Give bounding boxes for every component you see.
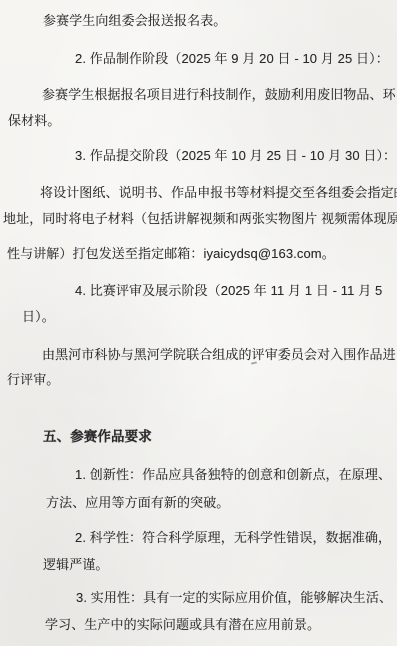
text-line-stage3-submission: 3. 作品提交阶段（2025 年 10 月 25 日 - 10 月 30 日）： [75, 147, 396, 164]
text-line-req3-practical: 3. 实用性：具有一定的实际应用价值，能够解决生活、 [76, 589, 392, 606]
text-line-req1-innovation: 1. 创新性：作品应具备独特的创意和创新点，在原理、 [75, 466, 391, 483]
text-line-req1-cont: 方法、应用等方面有新的突破。 [46, 494, 229, 511]
text-line-registration: 参赛学生向组委会报送报名表。 [43, 12, 226, 29]
text-line-req3-cont: 学习、生产中的实际问题或具有潜在应用前景。 [45, 616, 320, 633]
text-line-stage2-production: 2. 作品制作阶段（2025 年 9 月 20 日 - 10 月 25 日）： [75, 50, 389, 67]
text-line-stage4-review: 4. 比赛评审及展示阶段（2025 年 11 月 1 日 - 11 月 5 [75, 282, 382, 299]
text-line-req2-scientific: 2. 科学性：符合科学原理，无科学性错误，数据准确， [75, 529, 391, 546]
text-line-req2-cont: 逻辑严谨。 [43, 556, 109, 573]
paper-speck [251, 361, 257, 364]
text-line-jury-desc-1: 由黑河市科协与黑河学院联合组成的评审委员会对入围作品进 [42, 346, 396, 363]
text-line-production-desc-2: 保材料。 [8, 112, 60, 129]
text-line-jury-desc-2: 行评审。 [7, 371, 59, 388]
text-line-production-desc-1: 参赛学生根据报名项目进行科技制作，鼓励利用废旧物品、环 [42, 86, 396, 103]
text-line-submission-desc-1: 将设计图纸、说明书、作品申报书等材料提交至各组委会指定邮箱 [40, 184, 397, 201]
text-line-submission-desc-2: 地址，同时将电子材料（包括讲解视频和两张实物图片 视频需体现原创 [3, 210, 397, 227]
text-line-stage4-review-cont: 日）。 [22, 308, 55, 325]
text-line-submission-email: 性与讲解）打包发送至指定邮箱：iyaicydsq@163.com。 [7, 245, 335, 262]
document-page: 参赛学生向组委会报送报名表。 2. 作品制作阶段（2025 年 9 月 20 日… [0, 0, 397, 646]
section-heading-requirements: 五、参赛作品要求 [43, 428, 152, 445]
